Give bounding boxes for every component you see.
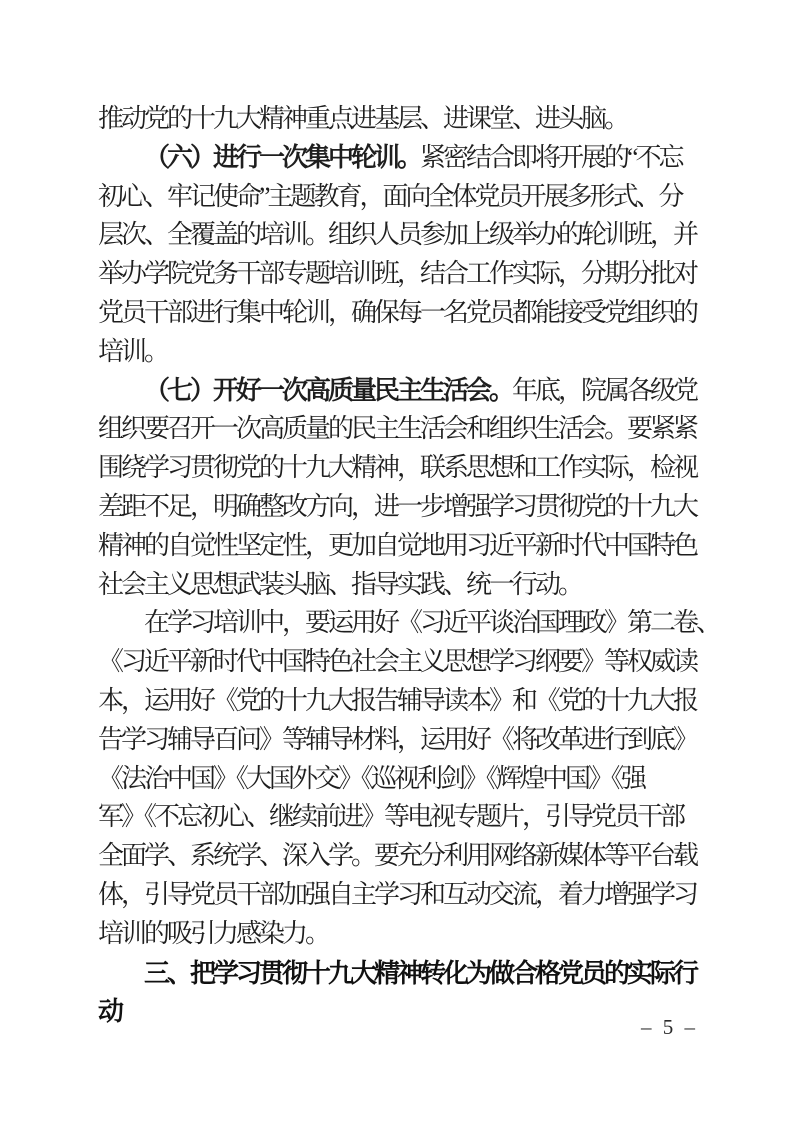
text-line: 党员干部进行集中轮训，确保每一名党员都能接受党组织的: [98, 294, 700, 333]
text-line: 层次、全覆盖的培训。组织人员参加上级举办的轮训班，并: [98, 216, 700, 255]
line-text: 社会主义思想武装头脑、指导实践、统一行动。: [98, 570, 581, 599]
line-text: 推动党的十九大精神重点进基层、进课堂、进头脑。: [98, 104, 627, 133]
line-text: 培训。: [98, 337, 167, 366]
text-line: 培训。: [98, 333, 700, 372]
text-line: 差距不足，明确整改方向，进一步增强学习贯彻党的十九大: [98, 488, 700, 527]
line-text: 体，引导党员干部加强自主学习和互动交流，着力增强学习: [98, 880, 696, 909]
text-line: 《法治中国》《大国外交》《巡视利剑》《辉煌中国》《强: [98, 760, 700, 799]
text-line: 初心、牢记使命”主题教育，面向全体党员开展多形式、分: [98, 178, 700, 217]
line-text: 年底，院属各级党: [512, 376, 696, 405]
text-line: 举办学院党务干部专题培训班，结合工作实际，分期分批对: [98, 255, 700, 294]
line-text: 党员干部进行集中轮训，确保每一名党员都能接受党组织的: [98, 298, 696, 327]
line-text: 《法治中国》《大国外交》《巡视利剑》《辉煌中国》《强: [98, 764, 644, 793]
line-text: 差距不足，明确整改方向，进一步增强学习贯彻党的十九大: [98, 492, 696, 521]
text-line: （七）开好一次高质量民主生活会。年底，院属各级党: [98, 372, 700, 411]
text-line: 体，引导党员干部加强自主学习和互动交流，着力增强学习: [98, 876, 700, 915]
text-line: 培训的吸引力感染力。: [98, 915, 700, 954]
text-line: 组织要召开一次高质量的民主生活会和组织生活会。要紧紧: [98, 410, 700, 449]
line-text: 举办学院党务干部专题培训班，结合工作实际，分期分批对: [98, 259, 696, 288]
text-line: 告学习辅导百问》等辅导材料，运用好《将改革进行到底》: [98, 721, 700, 760]
text-line: （六）进行一次集中轮训。紧密结合即将开展的“不忘: [98, 139, 700, 178]
line-text: 告学习辅导百问》等辅导材料，运用好《将改革进行到底》: [98, 725, 696, 754]
text-line: 《习近平新时代中国特色社会主义思想学习纲要》等权威读: [98, 643, 700, 682]
text-line: 推动党的十九大精神重点进基层、进课堂、进头脑。: [98, 100, 700, 139]
text-line: 精神的自觉性坚定性，更加自觉地用习近平新时代中国特色: [98, 527, 700, 566]
page-number: – 5 –: [641, 1015, 698, 1040]
line-text: 三、把学习贯彻十九大精神转化为做合格党员的实际行: [144, 958, 696, 988]
line-text: 本，运用好《党的十九大报告辅导读本》和《党的十九大报: [98, 686, 696, 715]
text-line: 本，运用好《党的十九大报告辅导读本》和《党的十九大报: [98, 682, 700, 721]
document-text-block: 推动党的十九大精神重点进基层、进课堂、进头脑。 （六）进行一次集中轮训。紧密结合…: [98, 100, 700, 1031]
section-heading-6: （六）进行一次集中轮训。: [144, 143, 420, 172]
line-text: 组织要召开一次高质量的民主生活会和组织生活会。要紧紧: [98, 414, 696, 443]
line-text: 层次、全覆盖的培训。组织人员参加上级举办的轮训班，并: [98, 220, 696, 249]
line-text: 培训的吸引力感染力。: [98, 919, 328, 948]
section-heading-3-wrap: 动: [98, 992, 700, 1031]
text-line: 军》《不忘初心、继续前进》等电视专题片，引导党员干部: [98, 798, 700, 837]
line-text: 在学习培训中，要运用好《习近平谈治国理政》第二卷、: [144, 608, 719, 637]
line-text: 围绕学习贯彻党的十九大精神，联系思想和工作实际，检视: [98, 453, 696, 482]
text-line: 在学习培训中，要运用好《习近平谈治国理政》第二卷、: [98, 604, 700, 643]
section-heading-3: 三、把学习贯彻十九大精神转化为做合格党员的实际行: [98, 954, 700, 993]
line-text: 精神的自觉性坚定性，更加自觉地用习近平新时代中国特色: [98, 531, 696, 560]
line-text: 军》《不忘初心、继续前进》等电视专题片，引导党员干部: [98, 802, 683, 831]
line-text: 动: [98, 996, 121, 1026]
line-text: 初心、牢记使命”主题教育，面向全体党员开展多形式、分: [98, 182, 682, 211]
line-text: 紧密结合即将开展的“不忘: [420, 143, 682, 172]
text-line: 围绕学习贯彻党的十九大精神，联系思想和工作实际，检视: [98, 449, 700, 488]
line-text: 全面学、系统学、深入学。要充分利用网络新媒体等平台载: [98, 841, 696, 870]
text-line: 全面学、系统学、深入学。要充分利用网络新媒体等平台载: [98, 837, 700, 876]
text-line: 社会主义思想武装头脑、指导实践、统一行动。: [98, 566, 700, 605]
line-text: 《习近平新时代中国特色社会主义思想学习纲要》等权威读: [98, 647, 696, 676]
section-heading-7: （七）开好一次高质量民主生活会。: [144, 376, 512, 405]
document-page: 推动党的十九大精神重点进基层、进课堂、进头脑。 （六）进行一次集中轮训。紧密结合…: [0, 0, 793, 1122]
